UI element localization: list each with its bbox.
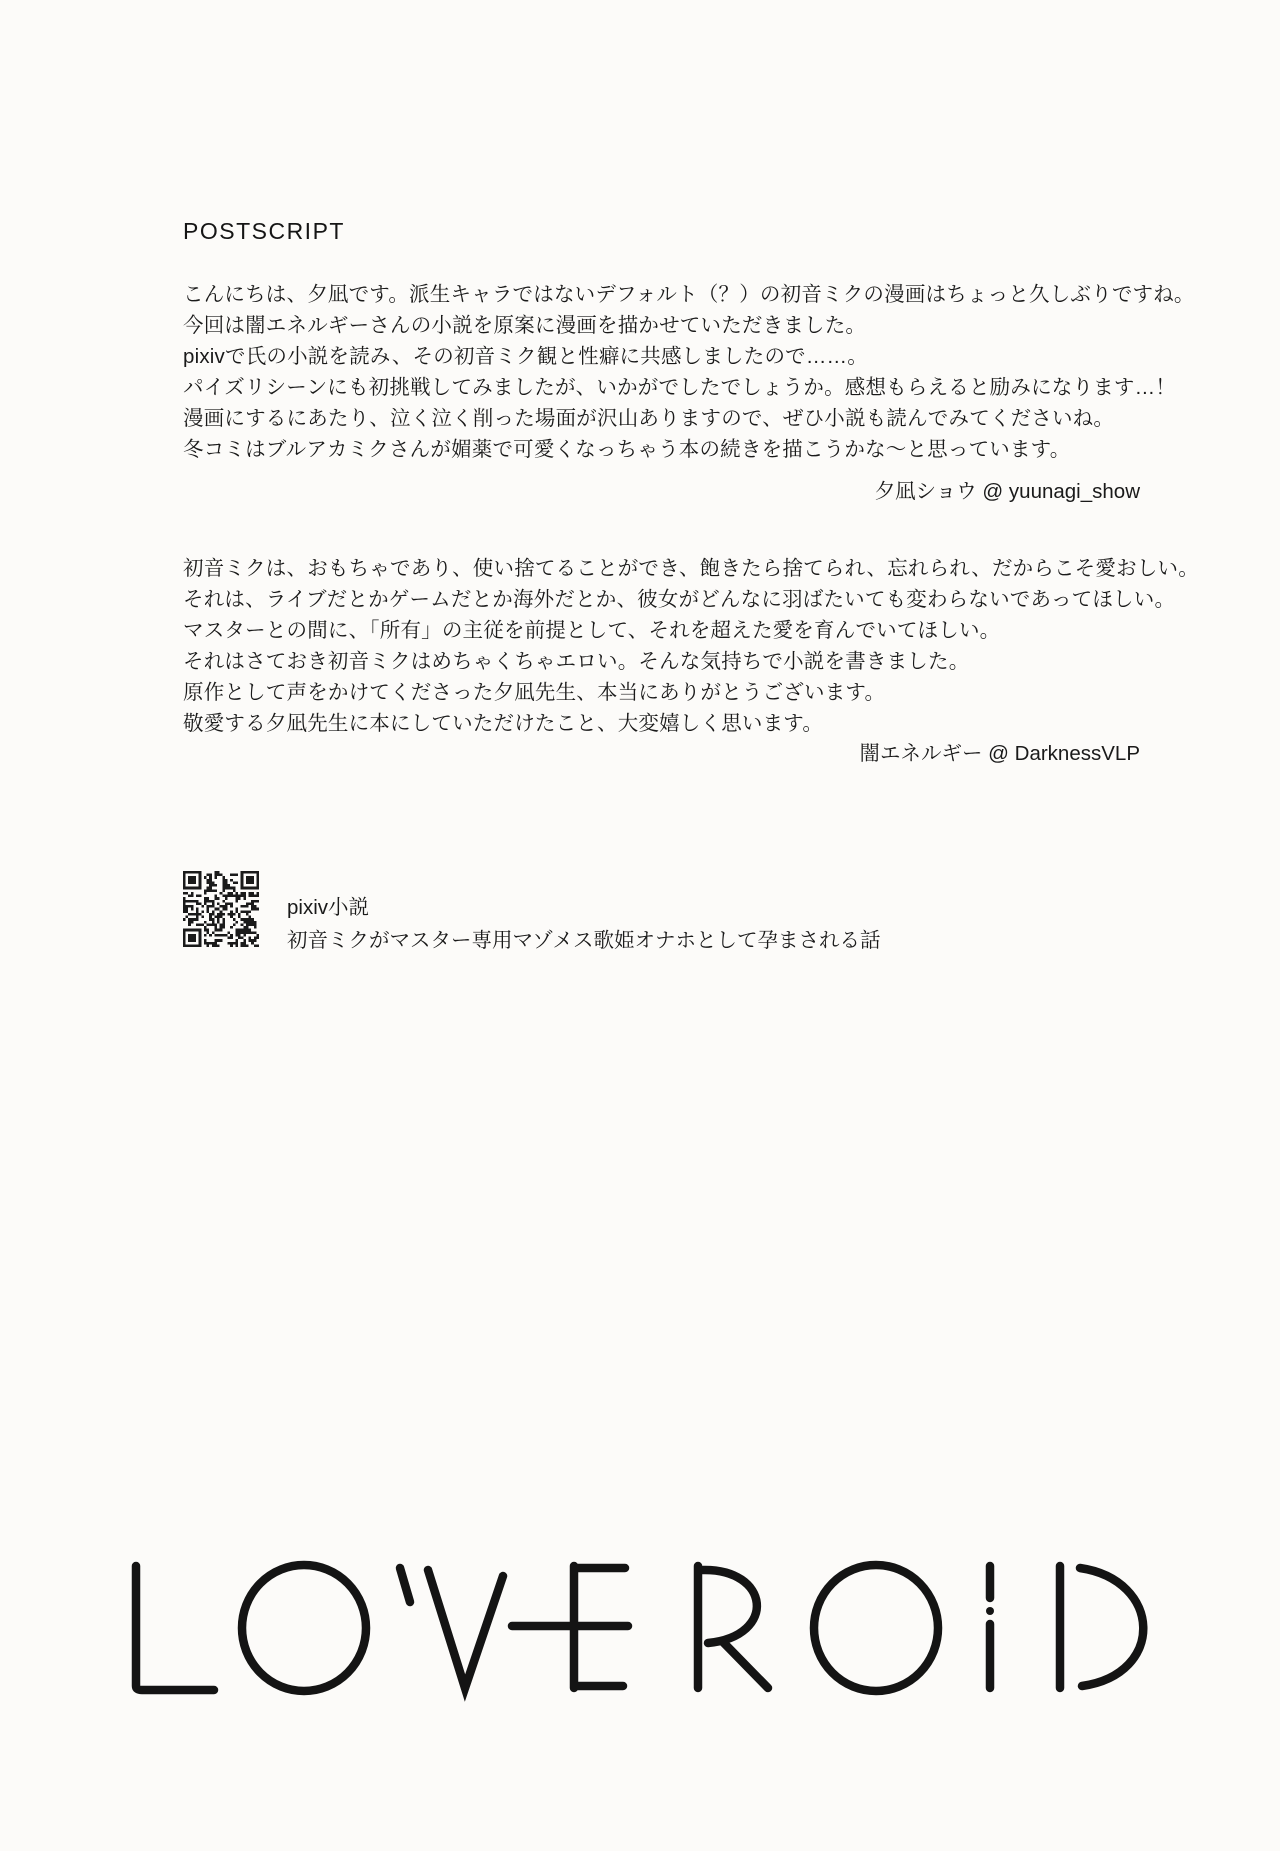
- qr-code-icon: [183, 871, 259, 947]
- artist-signature: 夕凪ショウ @ yuunagi_show: [875, 474, 1140, 504]
- artist-comment-line: 冬コミはブルアカミクさんが媚薬で可愛くなっちゃう本の続きを描こうかな～と思ってい…: [183, 434, 1173, 465]
- pixiv-novel-title: 初音ミクがマスター専用マゾメス歌姫オナホとして孕まされる話: [287, 924, 880, 957]
- author-comment-line: それはさておき初音ミクはめちゃくちゃエロい。そんな気持ちで小説を書きました。: [183, 646, 1173, 677]
- loveroid-logo: LOVEROID: [112, 1556, 1192, 1704]
- artist-comment-line: pixivで氏の小説を読み、その初音ミク観と性癖に共感しましたので……。: [183, 341, 1173, 372]
- author-comment: 初音ミクは、おもちゃであり、使い捨てることができ、飽きたら捨てられ、忘れられ、だ…: [183, 553, 1173, 739]
- artist-comment-line: 今回は闇エネルギーさんの小説を原案に漫画を描かせていただきました。: [183, 310, 1173, 341]
- author-comment-line: 敬愛する夕凪先生に本にしていただけたこと、大変嬉しく思います。: [183, 708, 1173, 739]
- pixiv-novel-info: pixiv小説 初音ミクがマスター専用マゾメス歌姫オナホとして孕まされる話: [287, 871, 880, 957]
- author-comment-line: 原作として声をかけてくださった夕凪先生、本当にありがとうございます。: [183, 677, 1173, 708]
- author-comment-line: 初音ミクは、おもちゃであり、使い捨てることができ、飽きたら捨てられ、忘れられ、だ…: [183, 553, 1173, 584]
- pixiv-novel-label: pixiv小説: [287, 891, 880, 924]
- author-comment-line: それは、ライブだとかゲームだとか海外だとか、彼女がどんなに羽ばたいても変わらない…: [183, 584, 1173, 615]
- author-signature: 闇エネルギー @ DarknessVLP: [859, 736, 1140, 766]
- artist-comment-line: パイズリシーンにも初挑戦してみましたが、いかがでしたでしょうか。感想もらえると励…: [183, 372, 1173, 403]
- artist-comment-line: 漫画にするにあたり、泣く泣く削った場面が沢山ありますので、ぜひ小説も読んでみてく…: [183, 403, 1173, 434]
- artist-comment: こんにちは、夕凪です。派生キャラではないデフォルト（？）の初音ミクの漫画はちょっ…: [183, 279, 1173, 465]
- author-comment-line: マスターとの間に、「所有」の主従を前提として、それを超えた愛を育んでいてほしい。: [183, 615, 1173, 646]
- page-title: POSTSCRIPT: [183, 218, 345, 245]
- postscript-page: POSTSCRIPT こんにちは、夕凪です。派生キャラではないデフォルト（？）の…: [0, 0, 1280, 1851]
- pixiv-novel-reference: pixiv小説 初音ミクがマスター専用マゾメス歌姫オナホとして孕まされる話: [183, 871, 880, 957]
- artist-comment-line: こんにちは、夕凪です。派生キャラではないデフォルト（？）の初音ミクの漫画はちょっ…: [183, 279, 1173, 310]
